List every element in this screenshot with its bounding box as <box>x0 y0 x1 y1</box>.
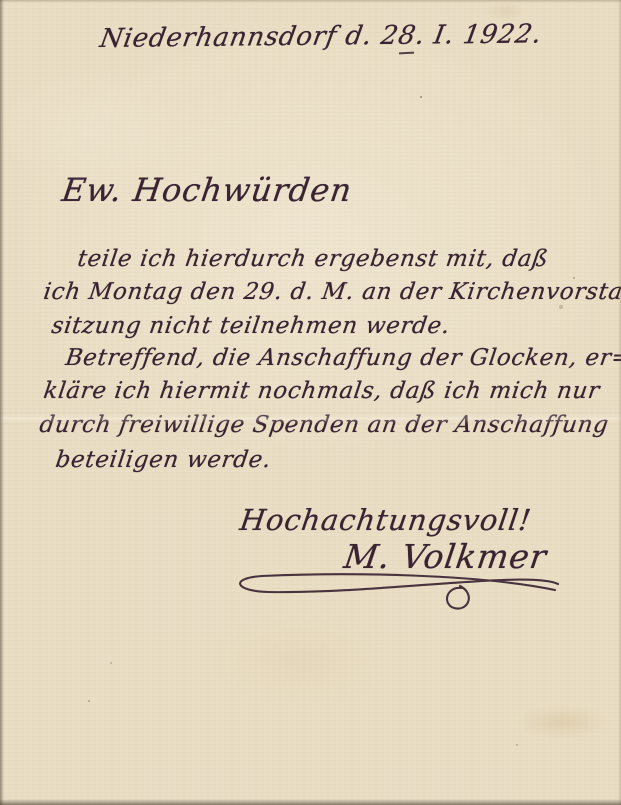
scanned-letter-page: Niederhannsdorf d. 28. I. 1922. Ew. Hoch… <box>0 0 621 805</box>
paper-specks <box>420 96 422 98</box>
dateline: Niederhannsdorf d. 28. I. 1922. <box>98 21 544 52</box>
body-line: sitzung nicht teilnehmen werde. <box>50 315 452 338</box>
body-line: beteiligen werde. <box>54 449 273 472</box>
body-line: Betreffend, die Anschaffung der Glocken,… <box>64 347 621 370</box>
body-line: ich Montag den 29. d. M. an der Kirchenv… <box>42 281 621 304</box>
signature: M. Volkmer <box>342 540 549 573</box>
salutation: Ew. Hochwürden <box>60 174 354 206</box>
body-line: teile ich hierdurch ergebenst mit, daß <box>76 248 550 271</box>
closing-salutation: Hochachtungsvoll! <box>238 506 533 535</box>
roman-numeral-underline <box>399 52 414 55</box>
body-line: durch freiwillige Spenden an der Anschaf… <box>38 414 610 437</box>
body-line: kläre ich hiermit nochmals, daß ich mich… <box>42 380 601 403</box>
